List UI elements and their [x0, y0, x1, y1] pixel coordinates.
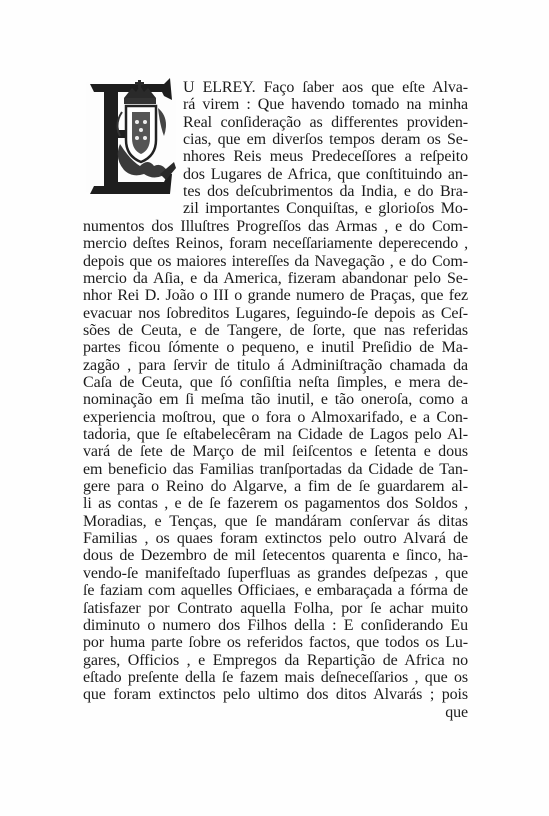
- text-line: zagão , para ſervir de titulo á Adminiſt…: [83, 357, 468, 375]
- text-line: experiencia moſtrou, que o fora o Almoxa…: [83, 409, 468, 427]
- text-line: zil importantes Conquiſtas, e glorioſos …: [183, 200, 468, 218]
- text-line: rá virem : Que havendo tomado na minha: [183, 96, 468, 114]
- document-page: U ELREY. Faço ſaber aos que eſte Alva- r…: [0, 0, 549, 816]
- text-line: dous de Dezembro de mil ſetecentos quare…: [83, 547, 468, 565]
- text-line: tes dos deſcubrimentos da India, e do Br…: [183, 183, 468, 201]
- text-line: Familias , os quaes foram extinctos pelo…: [83, 530, 468, 548]
- text-line: diminuto o numero dos Filhos della : E c…: [83, 617, 468, 635]
- text-line: nominação em ſi meſma tão inutil, e tão …: [83, 391, 468, 409]
- text-line: li as contas , e de ſe fazerem os pagame…: [83, 495, 468, 513]
- text-line: sões de Ceuta, e de Tangere, de ſorte, q…: [83, 322, 468, 340]
- text-line: mercio da Aſia, e da America, fizeram ab…: [83, 270, 468, 288]
- text-line: tadoria, que ſe eſtabelecêram na Cidade …: [83, 426, 468, 444]
- text-line: mercio deſtes Reinos, foram neceſſariame…: [83, 235, 468, 253]
- text-line: por huma parte ſobre os referidos factos…: [83, 634, 468, 652]
- text-line: gere para o Reino do Algarve, a fim de ſ…: [83, 478, 468, 496]
- text-line: em beneficio das Familias tranſportadas …: [83, 461, 468, 479]
- text-line: que foram extinctos pelo ultimo dos dito…: [83, 686, 468, 704]
- text-line: dos Lugares de Africa, que conſtituindo …: [183, 166, 468, 184]
- text-line: gares, Officios , e Empregos da Repartiç…: [83, 652, 468, 670]
- text-line: evacuar nos ſobreditos Lugares, ſeguindo…: [83, 305, 468, 323]
- text-line: numentos dos Illuſtres Progreſſos das Ar…: [83, 218, 468, 236]
- ornamental-initial-e-icon: [84, 78, 180, 196]
- text-line: Moradias, e Tenças, que ſe mandáram conſ…: [83, 513, 468, 531]
- text-line: U ELREY. Faço ſaber aos que eſte Alva-: [183, 79, 468, 97]
- text-line: cias, que em diverſos tempos deram os Se…: [183, 131, 468, 149]
- text-line: Caſa de Ceuta, que ſó conſiſtia neſta ſi…: [83, 374, 468, 392]
- text-line: ſe faziam com aquelles Officiaes, e emba…: [83, 582, 468, 600]
- catchword: que: [432, 704, 468, 722]
- text-line: eſtado preſente della ſe fazem mais deſn…: [83, 669, 468, 687]
- text-line: vendo-ſe manifeſtado ſuperfluas as grand…: [83, 565, 468, 583]
- text-line: nhor Rei D. João o III o grande numero d…: [83, 287, 468, 305]
- text-line: vará de ſete de Março de mil ſeiſcentos …: [83, 443, 468, 461]
- text-line: nhores Reis meus Predeceſſores a reſpeit…: [183, 148, 468, 166]
- text-line: partes ficou ſómente o pequeno, e inutil…: [83, 339, 468, 357]
- text-line: ſatisfazer por Contrato aquella Folha, p…: [83, 600, 468, 618]
- text-line: depois que os maiores intereſſes da Nave…: [83, 253, 468, 271]
- text-line: Real conſideração as differentes provide…: [183, 114, 468, 132]
